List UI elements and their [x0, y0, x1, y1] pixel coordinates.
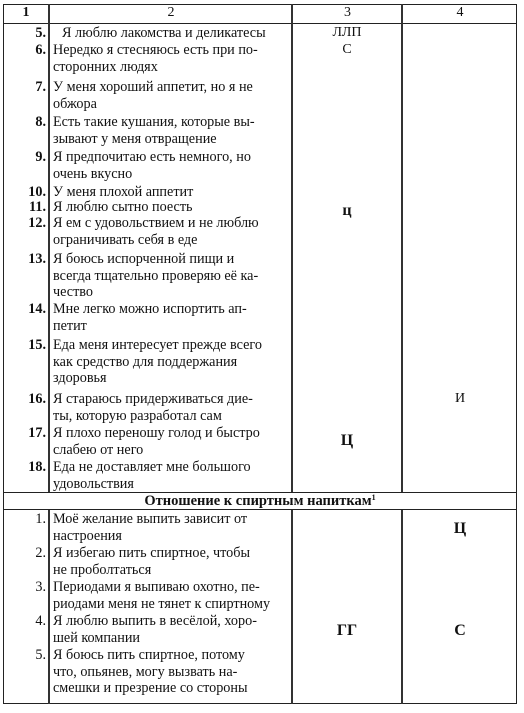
header-col-4: 4: [403, 5, 517, 21]
row-statement-line: Мне легко можно испортить ап-: [53, 301, 247, 318]
row-code-col4: С: [403, 623, 517, 639]
col-divider-2b: [291, 509, 293, 704]
col-divider-3: [401, 4, 403, 492]
row-statement-line: как средство для поддержания: [53, 354, 237, 371]
row-number: 10.: [3, 184, 46, 200]
row-statement-line: обжора: [53, 96, 97, 113]
row-statement-line: Я люблю выпить в весёлой, хоро-: [53, 613, 257, 630]
col-divider-3b: [401, 509, 403, 704]
row-statement-line: Я боюсь испорченной пищи и: [53, 251, 234, 268]
row-statement-line: ограничивать себя в еде: [53, 232, 197, 249]
row-statement-line: смешки и презрение со стороны: [53, 680, 248, 697]
row-statement-line: что, опьянев, могу вызвать на-: [53, 664, 237, 681]
questionnaire-table-page: 1 2 3 4 Отношение к спиртным напиткам1 5…: [0, 0, 524, 713]
row-statement-line: Я предпочитаю есть немного, но: [53, 149, 251, 166]
section-divider-bottom: [3, 509, 517, 510]
row-number: 2.: [3, 545, 46, 561]
header-col-3: 3: [293, 5, 402, 21]
row-statement-line: Я боюсь пить спиртное, потому: [53, 647, 245, 664]
row-statement-line: ты, которую разработал сам: [53, 408, 222, 425]
row-statement-line: всегда тщательно проверяю её ка-: [53, 268, 258, 285]
row-number: 8.: [3, 114, 46, 130]
row-number: 17.: [3, 425, 46, 441]
row-number: 11.: [3, 199, 46, 215]
row-number: 7.: [3, 79, 46, 95]
row-number: 15.: [3, 337, 46, 353]
section-title-text: Отношение к спиртным напиткам: [144, 493, 371, 509]
row-statement-line: Нередко я стесняюсь есть при по-: [53, 42, 258, 59]
row-statement-line: шей компании: [53, 630, 140, 647]
row-number: 9.: [3, 149, 46, 165]
row-statement-line: Моё желание выпить зависит от: [53, 511, 247, 528]
row-statement-line: не проболтаться: [53, 562, 151, 579]
row-statement-line: риодами меня не тянет к спиртному: [53, 596, 270, 613]
row-code-col3: С: [293, 42, 401, 58]
row-statement-line: удовольствия: [53, 476, 134, 493]
row-statement-line: зывают у меня отвращение: [53, 131, 217, 148]
row-statement-line: Я люблю сытно поесть: [53, 199, 193, 216]
col-divider-1b: [48, 509, 50, 704]
row-number: 13.: [3, 251, 46, 267]
row-statement-line: Есть такие кушания, которые вы-: [53, 114, 255, 131]
row-number: 3.: [3, 579, 46, 595]
row-number: 16.: [3, 391, 46, 407]
row-number: 6.: [3, 42, 46, 58]
row-statement-line: петит: [53, 318, 87, 335]
row-statement-line: чество: [53, 284, 93, 301]
header-divider: [3, 23, 517, 24]
row-number: 4.: [3, 613, 46, 629]
row-number: 1.: [3, 511, 46, 527]
row-code-col3: ц: [293, 203, 401, 219]
row-statement-line: Я ем с удовольствием и не люблю: [53, 215, 259, 232]
row-statement-line: Периодами я выпиваю охотно, пе-: [53, 579, 260, 596]
row-statement-line: настроения: [53, 528, 122, 545]
row-number: 14.: [3, 301, 46, 317]
row-code-col4: Ц: [403, 521, 517, 537]
row-statement-line: Я стараюсь придерживаться дие-: [53, 391, 253, 408]
row-statement-line: Еда меня интересует прежде всего: [53, 337, 262, 354]
col-divider-1: [48, 4, 50, 492]
row-statement-line: У меня хороший аппетит, но я не: [53, 79, 253, 96]
header-col-1: 1: [3, 5, 49, 21]
row-statement-line: здоровья: [53, 370, 107, 387]
col-divider-2: [291, 4, 293, 492]
row-code-col3: ЛЛП: [293, 25, 401, 41]
row-number: 5.: [3, 647, 46, 663]
row-code-col3: Ц: [293, 433, 401, 449]
row-code-col3: ГГ: [293, 623, 401, 639]
row-number: 12.: [3, 215, 46, 231]
row-number: 18.: [3, 459, 46, 475]
row-number: 5.: [3, 25, 46, 41]
section-title: Отношение к спиртным напиткам1: [3, 493, 517, 509]
header-col-2: 2: [50, 5, 292, 21]
row-statement-line: слабею от него: [53, 442, 143, 459]
row-statement-line: очень вкусно: [53, 166, 132, 183]
row-statement-line: сторонних людях: [53, 59, 158, 76]
row-statement-line: Я плохо переношу голод и быстро: [53, 425, 260, 442]
row-code-col4: И: [403, 391, 517, 407]
row-statement-line: Я избегаю пить спиртное, чтобы: [53, 545, 250, 562]
row-statement-line: Я люблю лакомства и деликатесы: [62, 25, 266, 42]
row-statement-line: Еда не доставляет мне большого: [53, 459, 251, 476]
section-footnote-mark: 1: [372, 493, 376, 502]
